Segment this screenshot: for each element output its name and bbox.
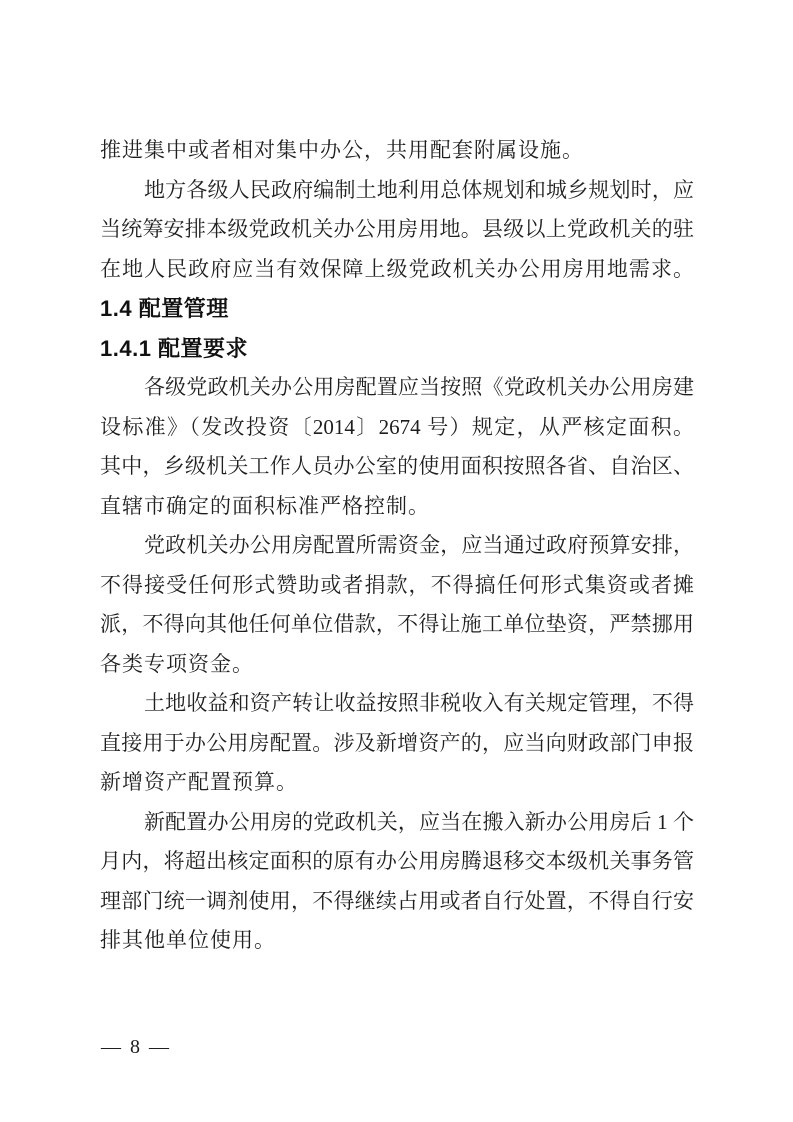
text-line: 设标准》（发改投资〔2014〕2674 号）规定，从严核定面积。 bbox=[100, 408, 694, 448]
text-line: 各级党政机关办公用房配置应当按照《党政机关办公用房建 bbox=[100, 368, 694, 408]
text-line: 派，不得向其他任何单位借款，不得让施工单位垫资，严禁挪用 bbox=[100, 605, 694, 645]
text-line: 新配置办公用房的党政机关，应当在搬入新办公用房后 1 个 bbox=[100, 803, 694, 843]
text-line: 不得接受任何形式赞助或者捐款，不得搞任何形式集资或者摊 bbox=[100, 566, 694, 606]
section-heading: 1.4 配置管理 bbox=[100, 289, 694, 329]
text-line: 新增资产配置预算。 bbox=[100, 763, 694, 803]
text-line: 直辖市确定的面积标准严格控制。 bbox=[100, 487, 694, 527]
text-line: 月内，将超出核定面积的原有办公用房腾退移交本级机关事务管 bbox=[100, 842, 694, 882]
text-line: 理部门统一调剂使用，不得继续占用或者自行处置，不得自行安 bbox=[100, 882, 694, 922]
text-line: 在地人民政府应当有效保障上级党政机关办公用房用地需求。 bbox=[100, 250, 694, 290]
text-line: 党政机关办公用房配置所需资金，应当通过政府预算安排， bbox=[100, 526, 694, 566]
text-line: 当统筹安排本级党政机关办公用房用地。县级以上党政机关的驻 bbox=[100, 210, 694, 250]
document-page: 推进集中或者相对集中办公，共用配套附属设施。 地方各级人民政府编制土地利用总体规… bbox=[0, 0, 793, 1122]
text-line: 直接用于办公用房配置。涉及新增资产的，应当向财政部门申报 bbox=[100, 724, 694, 764]
text-line: 地方各级人民政府编制土地利用总体规划和城乡规划时，应 bbox=[100, 171, 694, 211]
text-line: 土地收益和资产转让收益按照非税收入有关规定管理，不得 bbox=[100, 684, 694, 724]
text-line: 其中，乡级机关工作人员办公室的使用面积按照各省、自治区、 bbox=[100, 447, 694, 487]
text-line: 各类专项资金。 bbox=[100, 645, 694, 685]
text-line: 推进集中或者相对集中办公，共用配套附属设施。 bbox=[100, 131, 694, 171]
section-heading: 1.4.1 配置要求 bbox=[100, 329, 694, 369]
text-line: 排其他单位使用。 bbox=[100, 921, 694, 961]
text-block: 推进集中或者相对集中办公，共用配套附属设施。 地方各级人民政府编制土地利用总体规… bbox=[100, 131, 694, 961]
page-number: — 8 — bbox=[101, 1034, 171, 1060]
